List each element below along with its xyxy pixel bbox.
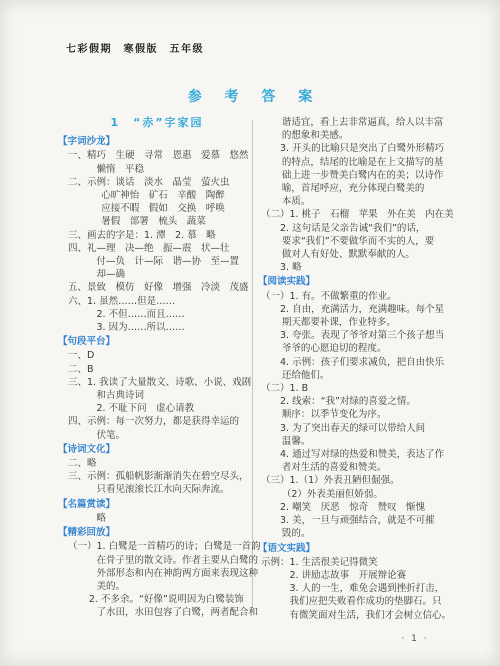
section-tag: 【精彩回放】 (58, 525, 256, 540)
answer-line: 只看见滚滚长江水向天际奔流。 (58, 483, 256, 496)
section-tag: 【句段平台】 (58, 334, 256, 349)
page-number: · 1 · (385, 634, 445, 644)
answer-line: 2. 不但……而且…… (58, 308, 256, 321)
left-answer-column: 1 “赤”字家园【字词沙龙】一、精巧 生硬 寻常 恩惠 爱慕 悠然懒惰 平稳二、… (58, 116, 256, 620)
answer-line: 3. 因为……所以…… (58, 321, 256, 334)
answer-line: 四、示例：每一次努力，都是获得幸运的 (58, 415, 256, 428)
answer-line: 3. 夸张。表现了爷爷对第三个孩子想当 (258, 329, 456, 342)
answer-line: 略 (58, 512, 256, 525)
answer-line: 3. 为了突出春天的绿可以带给人间 (258, 422, 456, 435)
answer-line: 却—确 (58, 268, 256, 281)
answer-line: 3. 开头的比喻只是突出了白鹭外形精巧 (258, 142, 456, 155)
answer-line: 2. 自由，充满活力，充满趣味。每个星 (258, 303, 456, 316)
section-tag: 【名篇赏读】 (58, 497, 256, 512)
answer-line: （一）1. 有。不做繁重的作业。 (258, 290, 456, 303)
booklet-header: 七彩假期 寒假版 五年级 (66, 40, 204, 55)
section-tag: 【字词沙龙】 (58, 134, 256, 149)
answer-line: 四、礼—理 决—绝 振—震 状—壮 (58, 242, 256, 255)
answer-line: 3. 略 (258, 261, 456, 274)
answer-line: 2. 线索：“我”对绿的喜爱之情。 (258, 395, 456, 408)
answer-line: 伏笔。 (58, 429, 256, 442)
answer-line: 三、示例：孤船帆影渐渐消失在碧空尽头， (58, 470, 256, 483)
answer-line: 一、D (58, 349, 256, 362)
answer-line: 3. 人的一生，难免会遇到挫折打击， (258, 582, 456, 595)
answer-line: 美的。 (58, 580, 256, 593)
answer-line: 2. 不多余。“好像”说明因为白鹭装饰 (58, 593, 256, 606)
answer-line: 示例：1. 生活很美记得微笑 (258, 556, 456, 569)
answer-line: 3. 美，一旦与顽强结合，就是不可摧 (258, 514, 456, 527)
answer-line: 4. 通过写对绿的热爱和赞美，表达了作 (258, 448, 456, 461)
answer-line: 者对生活的喜爱和赞美。 (258, 461, 456, 474)
answer-line: （一）1. 白鹭是一首精巧的诗；白鹭是一首韵 (58, 540, 256, 553)
answer-line: 我们应把失败看作成功的垫脚石。只 (258, 595, 456, 608)
answer-line: 期天都要补课，作业特多。 (258, 316, 456, 329)
answer-line: 2. 嘲笑 厌恶 惊奇 赞叹 惭愧 (258, 501, 456, 514)
answer-line: 础上进一步赞美白鹭内在的美；以诗作 (258, 169, 456, 182)
answer-line: 还给他们。 (258, 369, 456, 382)
answer-line: （二）1. 桃子 石榴 苹果 外在美 内在美 (258, 208, 456, 221)
section-tag: 【语文实践】 (258, 541, 456, 556)
answer-line: 2. 讲励志故事 开展辩论赛 (258, 569, 456, 582)
answer-line: 二、示例：谈话 淡水 晶莹 萤火虫 (58, 176, 256, 189)
answer-line: 顺序：以季节变化为序。 (258, 408, 456, 421)
answer-line: 和古典诗词 (58, 389, 256, 402)
answer-line: 本质。 (258, 195, 456, 208)
answer-line: 二、略 (58, 457, 256, 470)
answer-line: 的特点，结尾的比喻是在上文描写的基 (258, 156, 456, 169)
answer-line: 二、B (58, 363, 256, 376)
answer-line: 三、画去的字是：1. 潭 2. 慕 略 (58, 229, 256, 242)
answer-line: （三）1.（1）外表丑陋但倔强。 (258, 474, 456, 487)
answer-line: 外部形态和内在神韵两方面来表现这种 (58, 567, 256, 580)
right-answer-column: 谐适宜，看上去非常逼真，给人以丰富的想象和美感。3. 开头的比喻只是突出了白鹭外… (258, 116, 456, 622)
answer-line: 毁的。 (258, 527, 456, 540)
answer-line: 了水田，水田包容了白鹭，两者配合和 (58, 606, 256, 619)
answer-line: 应接不暇 假如 交换 呼唤 (58, 202, 256, 215)
answer-line: 一、精巧 生硬 寻常 恩惠 爱慕 悠然 (58, 149, 256, 162)
answer-line: 暑假 部署 梳头 蔬菜 (58, 215, 256, 228)
answer-line: 在骨子里的散文诗。作者主要从白鹭的 (58, 554, 256, 567)
answer-line: 温馨。 (258, 435, 456, 448)
section-tag: 【阅读实践】 (258, 274, 456, 289)
answer-line: 谐适宜，看上去非常逼真，给人以丰富 (258, 116, 456, 129)
answer-line: 2. 不耻下问 虚心请教 (58, 402, 256, 415)
page-title: 参 考 答 案 (0, 86, 500, 106)
answer-line: 做对人有好处、默默奉献的人。 (258, 248, 456, 261)
answer-line: 懒惰 平稳 (58, 163, 256, 176)
answer-page: 七彩假期 寒假版 五年级 参 考 答 案 1 “赤”字家园【字词沙龙】一、精巧 … (0, 0, 500, 666)
section-title: 1 “赤”字家园 (58, 116, 256, 134)
answer-line: 4. 示例：孩子们要求减负，把自由快乐 (258, 356, 456, 369)
answer-line: 2. 这句话是父亲告诫“我们”的话， (258, 222, 456, 235)
answer-line: 喻，首尾呼应，充分体现白鹭美的 (258, 182, 456, 195)
answer-line: 付—负 计—际 谐—协 至—置 (58, 255, 256, 268)
answer-line: 爷爷的心愿迫切的程度。 (258, 342, 456, 355)
answer-line: （二）1. B (258, 382, 456, 395)
answer-line: 的想象和美感。 (258, 129, 456, 142)
answer-line: 心旷神怡 矿石 辛酸 陶醉 (58, 189, 256, 202)
answer-line: 五、景致 模仿 好像 增强 冷淡 茂盛 (58, 281, 256, 294)
answer-line: 六、1. 虽然……但是…… (58, 295, 256, 308)
answer-line: （2）外表美丽但娇弱。 (258, 488, 456, 501)
answer-line: 三、1. 我读了大量散文、诗歌、小说、戏剧 (58, 376, 256, 389)
section-tag: 【诗词文化】 (58, 442, 256, 457)
answer-line: 有微笑面对生活，我们才会树立信心。 (258, 609, 456, 622)
answer-line: 要求“我们”不要做华而不实的人，要 (258, 235, 456, 248)
